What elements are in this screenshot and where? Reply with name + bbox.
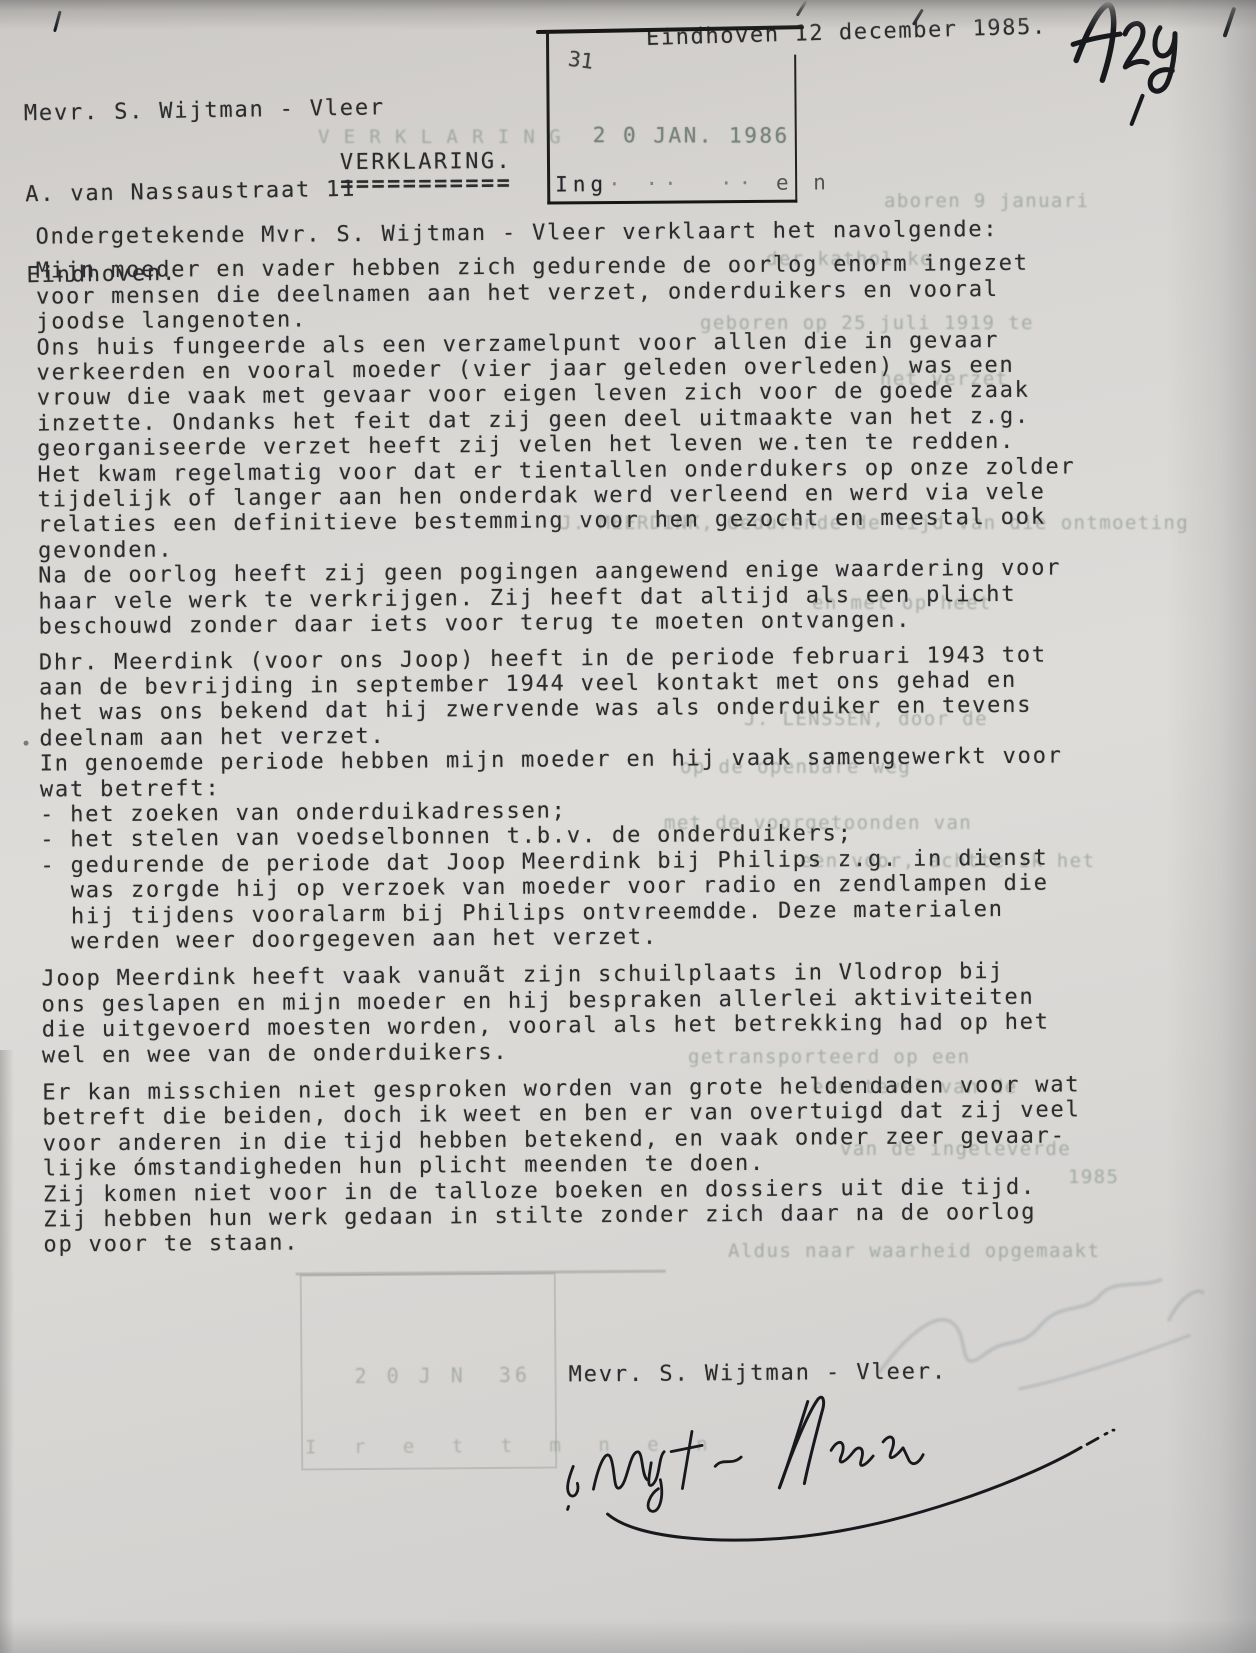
- body-paragraph: Mijn moeder en vader hebben zich geduren…: [36, 251, 1077, 640]
- page-content: Mevr. S. Wijtman - Vleer A. van Nassaust…: [0, 0, 1256, 1653]
- body-paragraph: Dhr. Meerdink (voor ons Joop) heeft in d…: [39, 642, 1079, 955]
- body-paragraph: Joop Meerdink heeft vaak vanuãt zijn sch…: [41, 959, 1080, 1069]
- faded-stamp-box: 2 0 J N 36 I r e t t m n e n: [300, 1273, 558, 1471]
- scanned-letter-page: V E R K L A R I N Gaboren 9 januarider k…: [0, 0, 1256, 1653]
- bleedthrough-signature: [869, 1277, 1210, 1400]
- pen-tick-marks: [0, 0, 1251, 205]
- body-paragraph: Er kan misschien niet gesproken worden v…: [42, 1072, 1081, 1258]
- faded-stamp-smudge: [296, 1270, 666, 1276]
- faded-stamp-date: 2 0 J N 36: [354, 1363, 531, 1388]
- handwritten-signature: [545, 1384, 1126, 1559]
- body-text: Ondergetekende Mvr. S. Wijtman - Vleer v…: [35, 216, 1081, 1258]
- stamp-border-bottom: [547, 200, 797, 205]
- margin-dot: [24, 741, 29, 746]
